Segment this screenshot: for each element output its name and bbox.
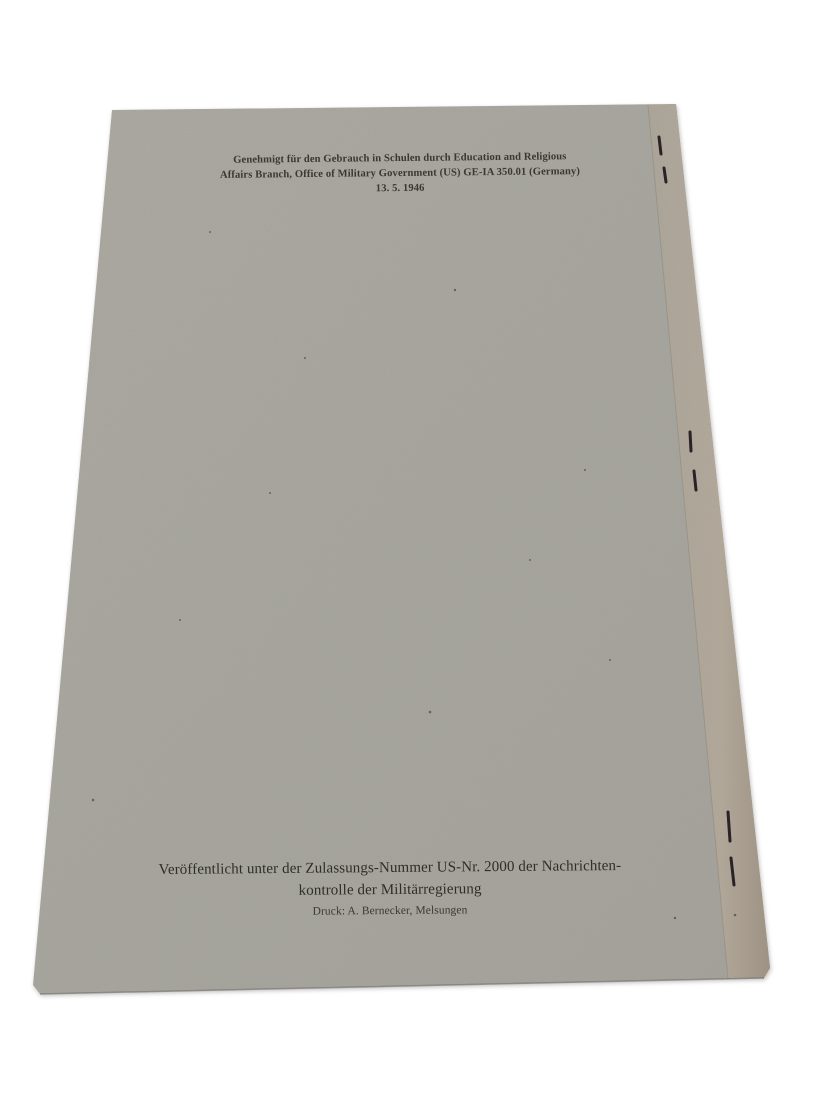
license-notice: Veröffentlicht unter der Zulassungs-Numm… <box>110 855 670 904</box>
approval-notice: Genehmigt für den Gebrauch in Schulen du… <box>160 148 640 198</box>
booklet-photo: Genehmigt für den Gebrauch in Schulen du… <box>0 0 828 1104</box>
